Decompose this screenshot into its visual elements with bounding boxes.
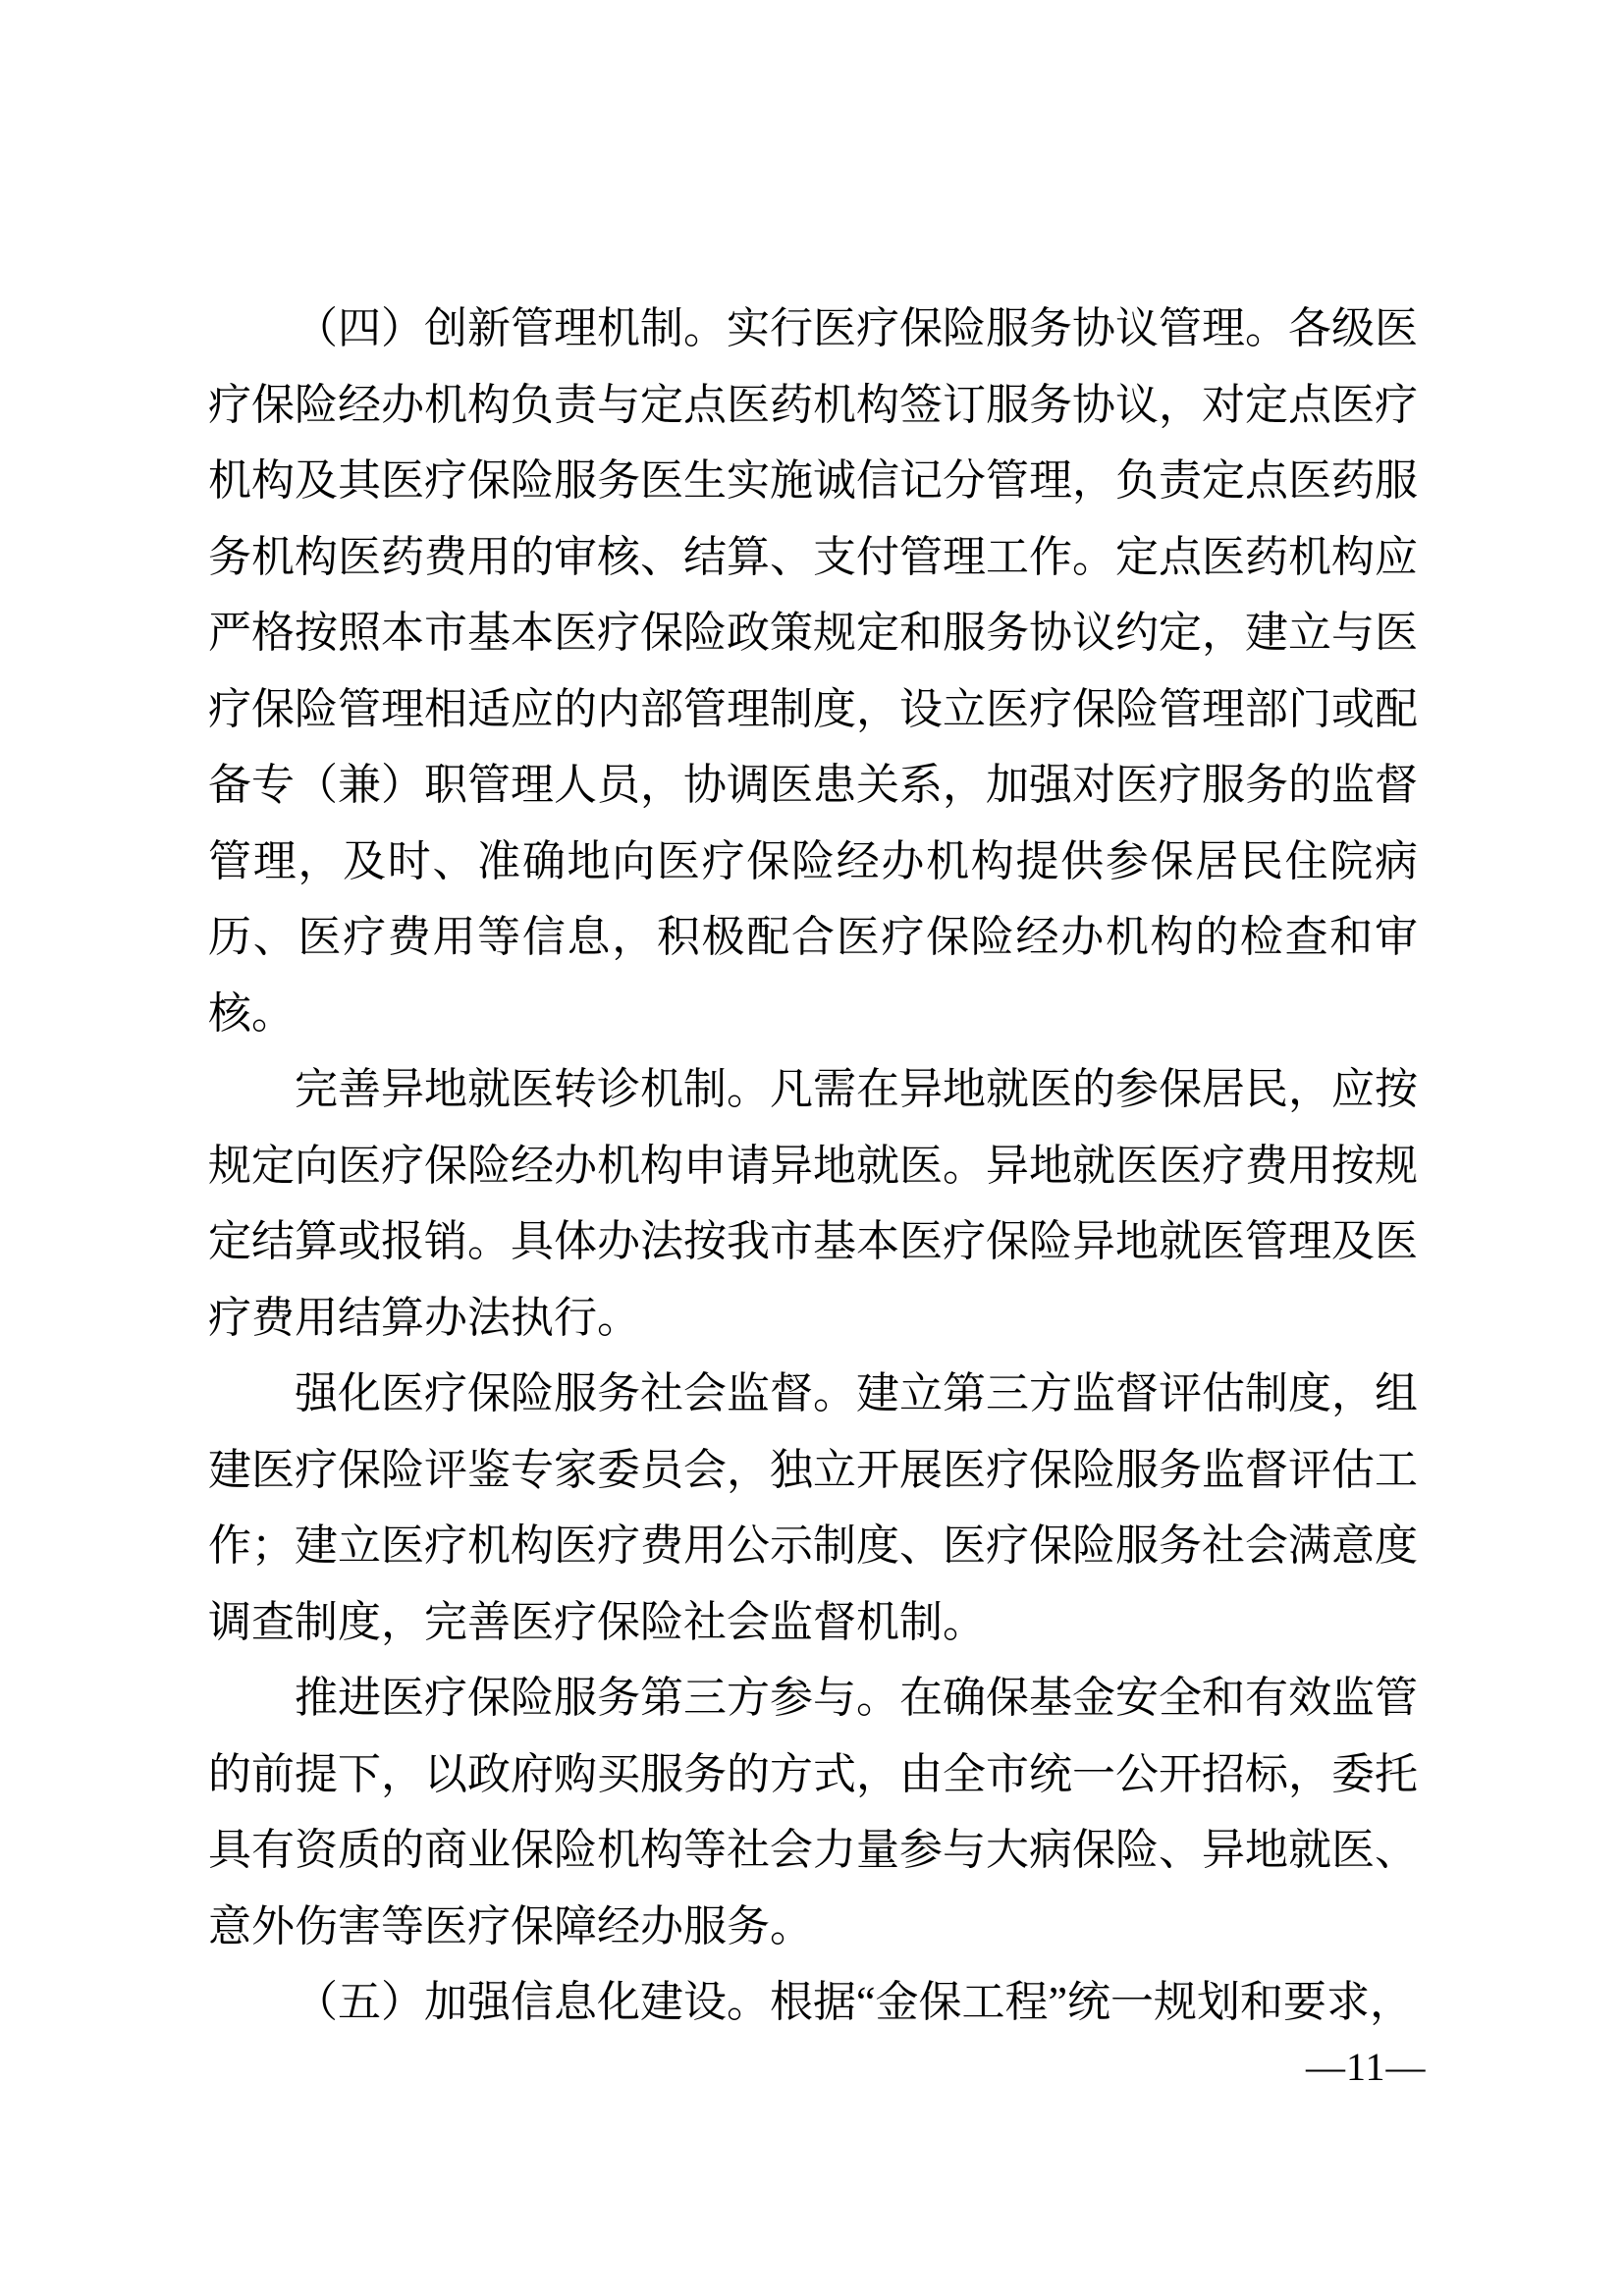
document-body: （四）创新管理机制。实行医疗保险服务协议管理。各级医疗保险经办机构负责与定点医药…	[208, 291, 1418, 2041]
paragraph-third-party-participation: 推进医疗保险服务第三方参与。在确保基金安全和有效监管的前提下，以政府购买服务的方…	[208, 1660, 1418, 1964]
page-number: —11—	[1306, 2045, 1427, 2090]
paragraph-remote-medical-referral: 完善异地就医转诊机制。凡需在异地就医的参保居民，应按规定向医疗保险经办机构申请异…	[208, 1051, 1418, 1356]
paragraph-informatization-construction: （五）加强信息化建设。根据“金保工程”统一规划和要求，	[208, 1964, 1418, 2041]
paragraph-innovate-management-mechanism: （四）创新管理机制。实行医疗保险服务协议管理。各级医疗保险经办机构负责与定点医药…	[208, 291, 1418, 1051]
paragraph-social-supervision: 强化医疗保险服务社会监督。建立第三方监督评估制度，组建医疗保险评鉴专家委员会，独…	[208, 1356, 1418, 1660]
document-page: （四）创新管理机制。实行医疗保险服务协议管理。各级医疗保险经办机构负责与定点医药…	[0, 0, 1623, 2296]
